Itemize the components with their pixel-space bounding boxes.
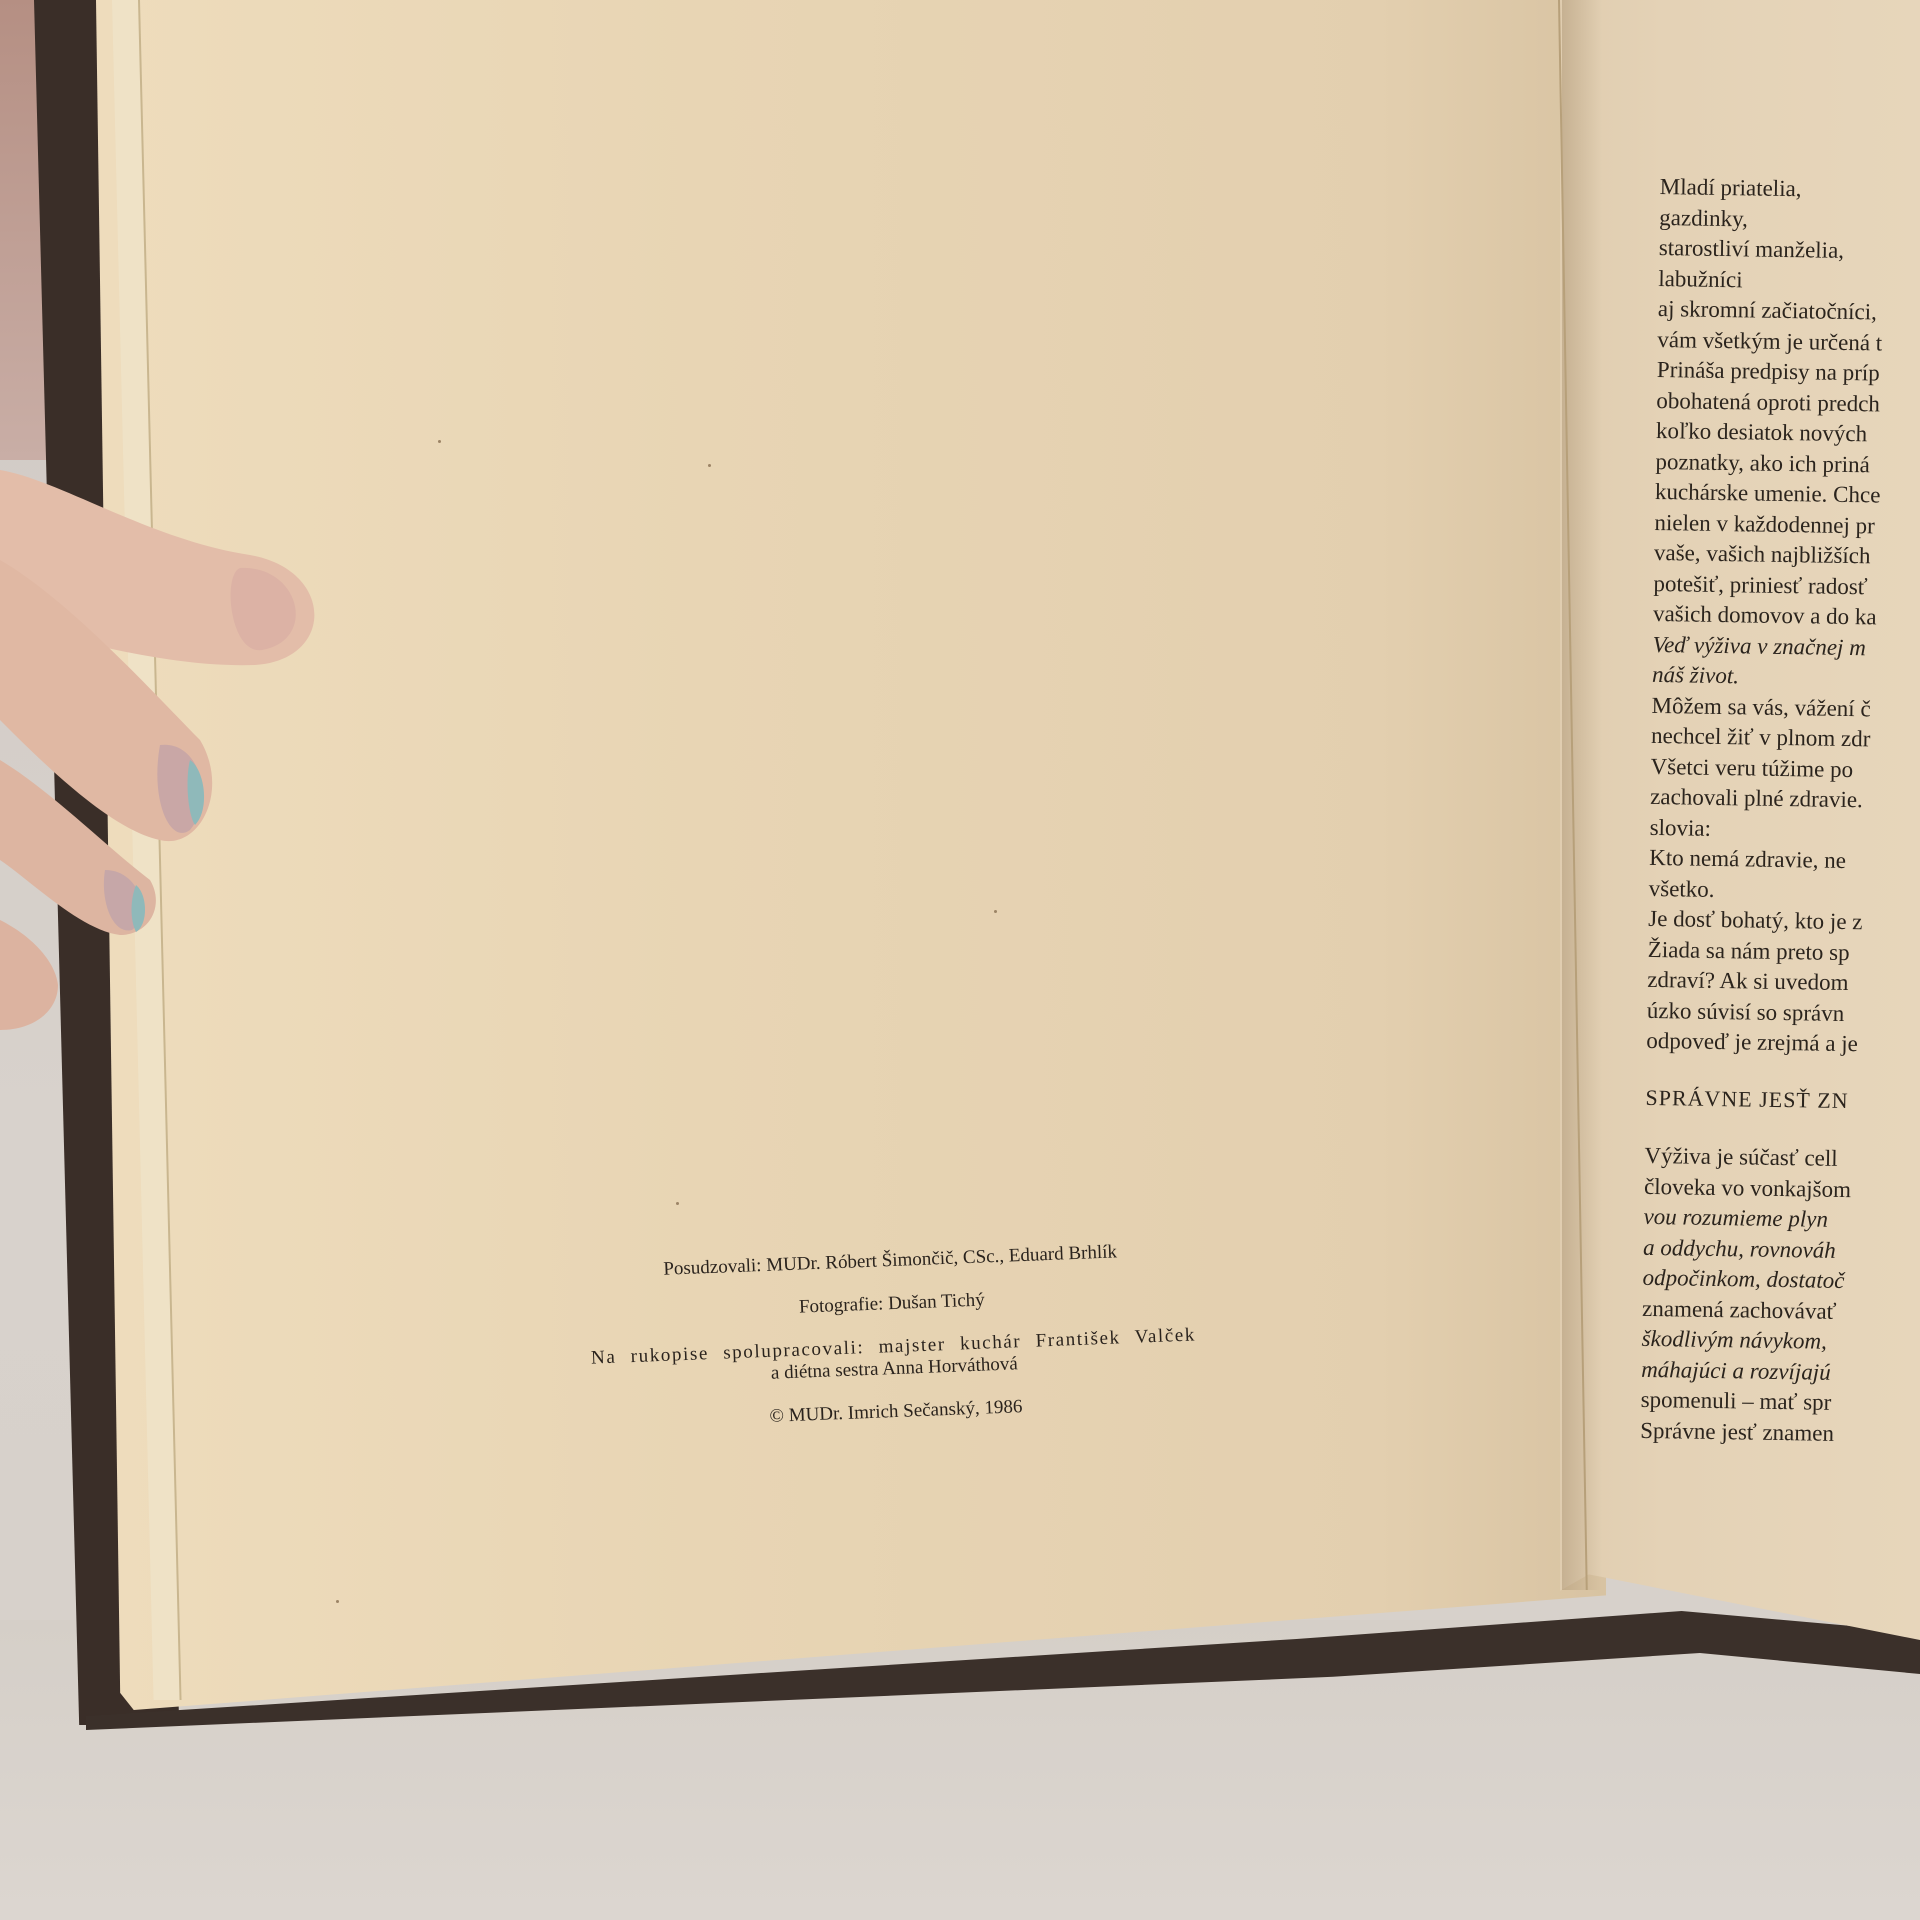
- text-line: Žiada sa nám preto sp: [1648, 934, 1920, 969]
- finger-pinky: [0, 920, 58, 1030]
- text-line: vašich domovov a do ka: [1653, 599, 1920, 634]
- text-line: vám všetkým je určená t: [1657, 324, 1920, 359]
- text-line: Môžem sa vás, vážení č: [1651, 690, 1920, 725]
- text-line: odpoveď je zrejmá a je: [1646, 1026, 1920, 1061]
- text-line: človeka vo vonkajšom: [1644, 1171, 1920, 1206]
- text-line: kuchárske umenie. Chce: [1655, 477, 1920, 512]
- credits-copyright: © MUDr. Imrich Sečanský, 1986: [586, 1389, 1206, 1436]
- text-line: Kto nemá zdravie, ne: [1649, 843, 1920, 878]
- text-line: koľko desiatok nových: [1656, 416, 1920, 451]
- text-line: slovia:: [1649, 812, 1920, 847]
- text-line: poznatky, ako ich priná: [1655, 446, 1920, 481]
- text-line: labužníci: [1658, 263, 1920, 298]
- text-line: Správne jesť znamen: [1640, 1415, 1920, 1450]
- left-page: [96, 0, 1606, 1710]
- text-line: potešiť, priniesť radosť: [1653, 568, 1920, 603]
- text-line: znamená zachovávať: [1642, 1293, 1920, 1328]
- paper-speck: [994, 910, 997, 913]
- credits-photos: Fotografie: Dušan Tichý: [582, 1281, 1202, 1328]
- text-line: všetko.: [1649, 873, 1920, 908]
- paper-speck: [708, 464, 711, 467]
- text-line: nechcel žiť v plnom zdr: [1651, 721, 1920, 756]
- text-line: aj skromní začiatočníci,: [1658, 294, 1920, 329]
- italic-line: škodlivým návykom,: [1641, 1324, 1920, 1359]
- italic-line: vou rozumieme plyn: [1643, 1202, 1920, 1237]
- text-line: vaše, vašich najbližších: [1654, 538, 1920, 573]
- italic-line: a oddychu, rovnováh: [1643, 1232, 1920, 1267]
- paper-speck: [676, 1202, 679, 1205]
- italic-line: náš život.: [1652, 660, 1920, 695]
- text-line: Všetci veru túžime po: [1650, 751, 1920, 786]
- text-line: obohatená oproti predch: [1656, 385, 1920, 420]
- italic-line: Veď výživa v značnej m: [1652, 629, 1920, 664]
- paper-speck: [336, 1600, 339, 1603]
- text-line: zdraví? Ak si uvedom: [1647, 965, 1920, 1000]
- text-line: gazdinky,: [1659, 202, 1920, 237]
- right-page-text: Mladí priatelia, gazdinky, starostliví m…: [1640, 172, 1920, 1451]
- text-line: úzko súvisí so správn: [1647, 995, 1920, 1030]
- italic-line: odpočinkom, dostatoč: [1642, 1263, 1920, 1298]
- section-heading: SPRÁVNE JESŤ ZN: [1645, 1082, 1920, 1117]
- text-line: spomenuli – mať spr: [1640, 1385, 1920, 1420]
- text-line: Prináša predpisy na príp: [1657, 355, 1920, 390]
- text-line: Je dosť bohatý, kto je z: [1648, 904, 1920, 939]
- text-line: nielen v každodennej pr: [1654, 507, 1920, 542]
- text-line: Výživa je súčasť cell: [1644, 1141, 1920, 1176]
- text-line: Mladí priatelia,: [1660, 172, 1920, 207]
- paper-speck: [438, 440, 441, 443]
- text-line: starostliví manželia,: [1659, 233, 1920, 268]
- text-line: zachovali plné zdravie.: [1650, 782, 1920, 817]
- italic-line: máhajúci a rozvíjajú: [1641, 1354, 1920, 1389]
- credits-block: Posudzovali: MUDr. Róbert Šimončič, CSc.…: [580, 1238, 1207, 1456]
